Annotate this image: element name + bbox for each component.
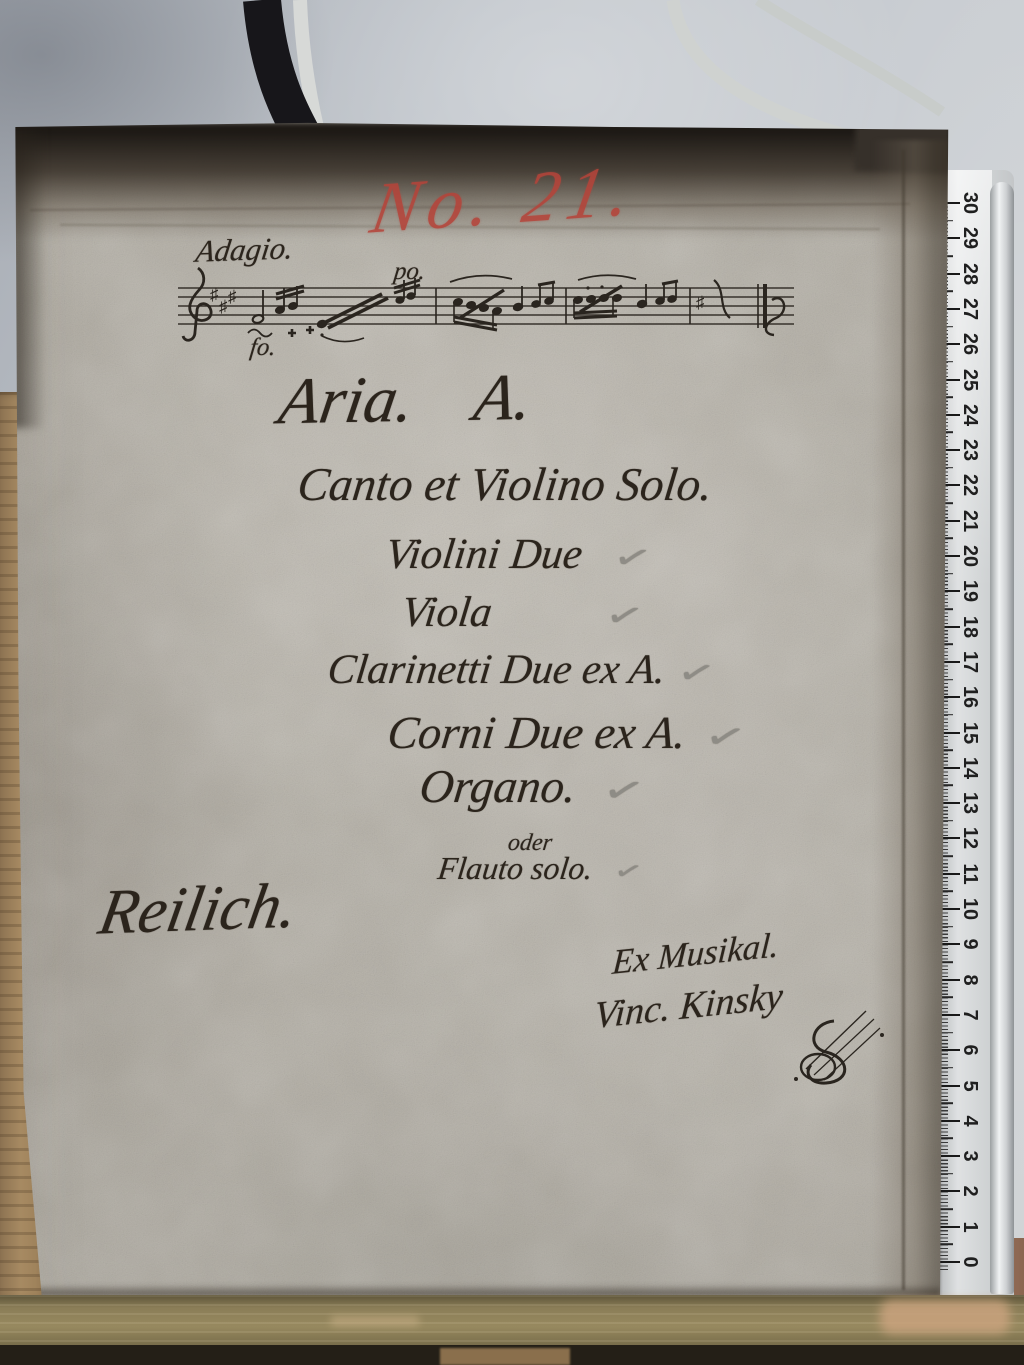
ruler-number: 7: [959, 1002, 981, 1028]
ruler-half-cm-tick: [939, 1208, 953, 1210]
svg-text:♯: ♯: [219, 297, 228, 316]
svg-text:♯: ♯: [210, 285, 219, 304]
instrument-label: Violini Due: [383, 531, 585, 578]
title-aria: Aria. A.: [274, 360, 538, 441]
pencil-checkmark: ✓: [598, 768, 650, 814]
ruler-number: 27: [959, 296, 981, 322]
pencil-checkmark: ✓: [610, 856, 645, 887]
ruler-cm-tick: [939, 1014, 960, 1016]
instrument-line-violini: Violini Due✓: [383, 530, 649, 579]
instrument-label: Viola: [399, 589, 495, 636]
ruler-number: 28: [959, 261, 981, 287]
instrument-label: Corni Due ex A.: [385, 707, 689, 758]
ruler-number: 21: [959, 508, 981, 534]
instrument-line-organo: Organo.✓: [417, 760, 642, 814]
page-stack-right-edge: [872, 140, 950, 1300]
ruler-number: 30: [959, 190, 981, 216]
ruler-number: 2: [959, 1178, 981, 1204]
ruler: 3029282726252423222120191817161514131211…: [936, 170, 1014, 1298]
white-cable-top-right: [758, 0, 942, 112]
ruler-number: 5: [959, 1073, 981, 1099]
ruler-number: 11: [959, 861, 981, 887]
ruler-half-cm-tick: [939, 1244, 953, 1246]
ruler-number: 25: [959, 367, 981, 393]
manuscript-paper: No. 21. Adagio. po. fo. ♯ ♯ ♯: [0, 0, 1024, 1365]
instrument-line-canto: Canto et Violino Solo.: [295, 458, 716, 512]
ruler-number: 1: [959, 1214, 981, 1240]
instrument-line-clarinetti: Clarinetti Due ex A.✓: [325, 646, 712, 694]
ruler-number: 9: [959, 931, 981, 957]
instrument-line-viola: Viola✓: [399, 588, 641, 637]
signature-flourish: [748, 995, 888, 1095]
ruler-number: 19: [959, 578, 981, 604]
svg-text:♯: ♯: [696, 293, 705, 312]
instrument-label: Canto et Violino Solo.: [295, 459, 716, 511]
instrument-line-corni: Corni Due ex A.✓: [385, 706, 743, 759]
ruler-number: 13: [959, 790, 981, 816]
ruler-number: 29: [959, 225, 981, 251]
ruler-cm-tick: [939, 1085, 960, 1087]
ruler-number: 24: [959, 402, 981, 428]
ruler-cm-tick: [939, 1190, 960, 1192]
ruler-number: 0: [959, 1249, 981, 1275]
wood-below-shelf: [440, 1348, 570, 1365]
ruler-number: 23: [959, 437, 981, 463]
pencil-checkmark: ✓: [601, 596, 648, 637]
pencil-checkmark: ✓: [609, 538, 656, 579]
ruler-cm-tick: [939, 1261, 960, 1263]
photo-of-manuscript-cover: 3029282726252423222120191817161514131211…: [0, 0, 1024, 1365]
ruler-number: 4: [959, 1108, 981, 1134]
ruler-number: 18: [959, 614, 981, 640]
provenance-line-1: Ex Musikal.: [611, 925, 780, 983]
shelf-scrape: [880, 1300, 1010, 1334]
ruler-number: 3: [959, 1143, 981, 1169]
ruler-number: 17: [959, 649, 981, 675]
ruler-number: 26: [959, 331, 981, 357]
ruler-number: 12: [959, 825, 981, 851]
instrument-label: Organo.: [417, 761, 580, 813]
instrument-label: Clarinetti Due ex A.: [325, 647, 668, 693]
ruler-cm-tick: [939, 1155, 960, 1157]
pencil-checkmark: ✓: [700, 715, 751, 760]
ruler-cm-tick: [939, 1120, 960, 1122]
svg-text:♯: ♯: [228, 287, 237, 306]
ruler-number: 22: [959, 472, 981, 498]
page-stack-crease-line: [902, 150, 905, 1290]
ruler-cm-tick: [939, 1226, 960, 1228]
composer-name: Reilich.: [93, 868, 303, 949]
ruler-scale: 3029282726252423222120191817161514131211…: [936, 170, 1014, 1298]
music-incipit: ♯ ♯ ♯: [172, 260, 802, 360]
instrument-line-flauto: Flauto solo.✓: [436, 850, 641, 887]
ruler-number: 10: [959, 896, 981, 922]
ruler-number: 20: [959, 543, 981, 569]
ruler-number: 8: [959, 967, 981, 993]
white-cable-right: [673, 0, 855, 138]
ruler-number: 15: [959, 720, 981, 746]
darkened-left-edge: [12, 128, 46, 428]
ruler-number: 16: [959, 684, 981, 710]
ruler-half-cm-tick: [939, 1173, 953, 1175]
ruler-cm-tick: [939, 1049, 960, 1051]
instrument-label: Flauto solo.: [436, 850, 595, 886]
shelf-scrape: [330, 1316, 420, 1326]
ruler-number: 6: [959, 1037, 981, 1063]
treble-clef: [183, 268, 211, 340]
ruler-number: 14: [959, 755, 981, 781]
pencil-checkmark: ✓: [673, 653, 719, 693]
